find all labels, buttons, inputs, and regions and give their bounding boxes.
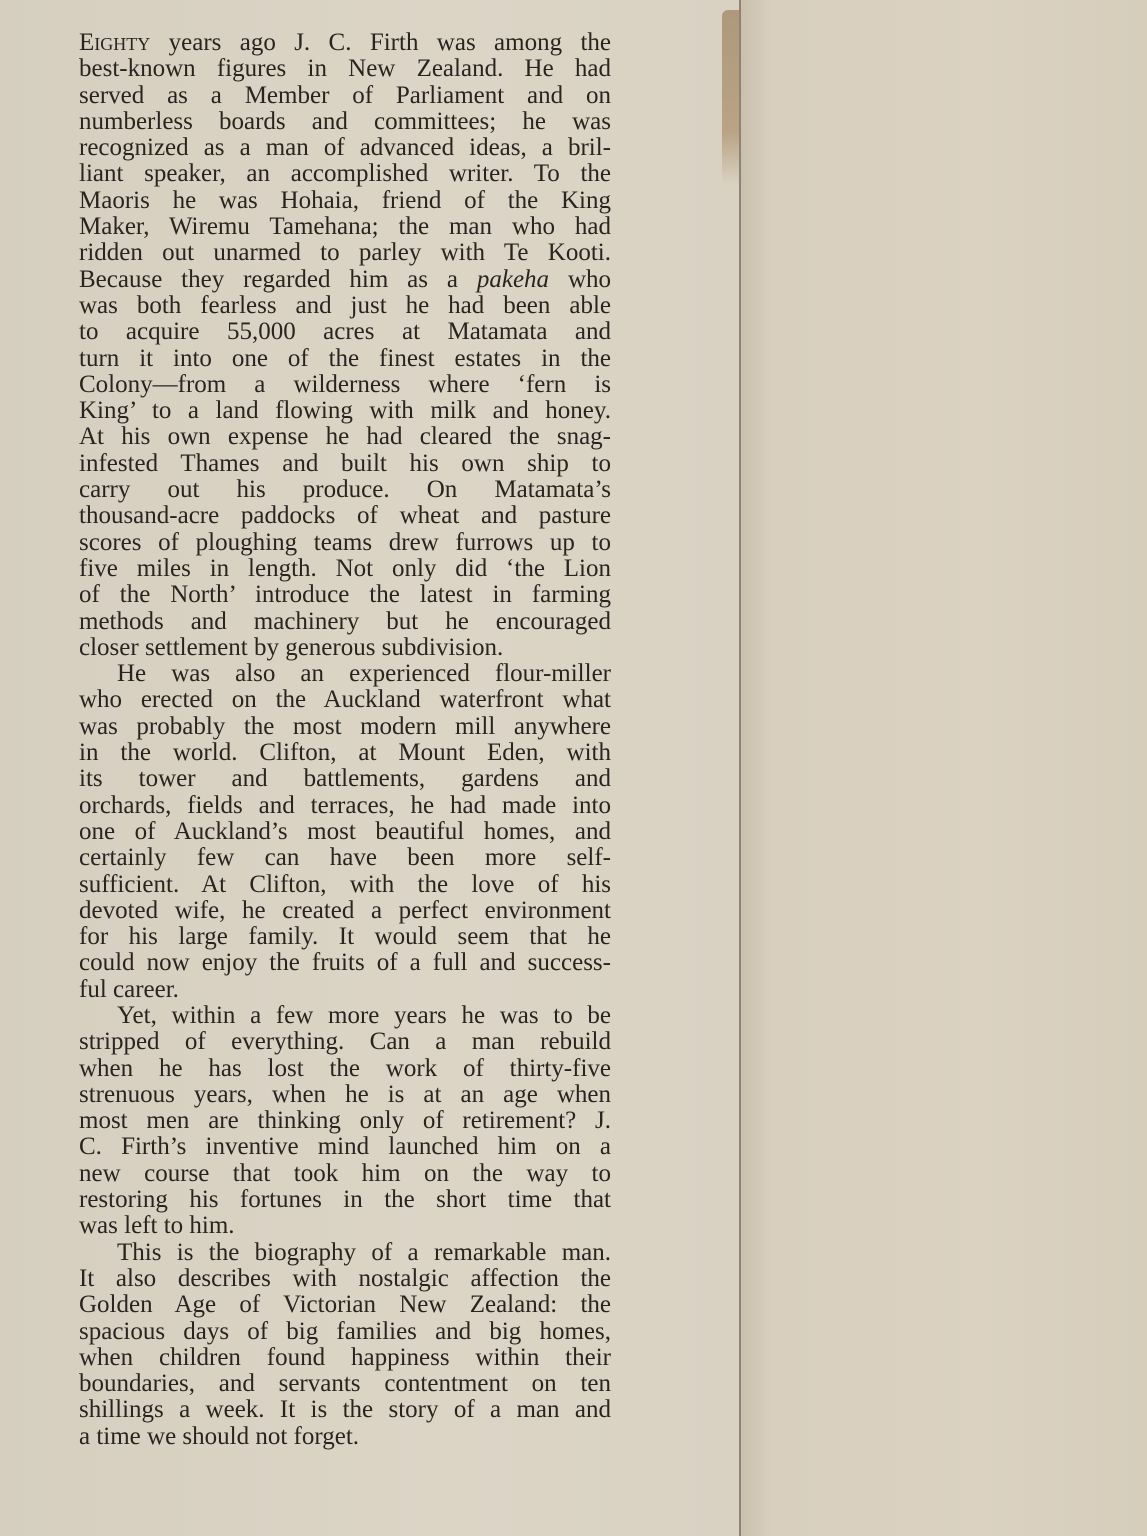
text-line: five miles in length. Not only did ‘the … <box>79 556 611 582</box>
paragraph-4: This is the biography of a remarkable ma… <box>79 1240 611 1450</box>
text-line: scores of ploughing teams drew furrows u… <box>79 530 611 556</box>
text-line: devoted wife, he created a perfect envir… <box>79 898 611 924</box>
text-line: C. Firth’s inventive mind launched him o… <box>79 1134 611 1160</box>
text-line: was probably the most modern mill anywhe… <box>79 714 611 740</box>
text-line: turn it into one of the finest estates i… <box>79 346 611 372</box>
text-line: new course that took him on the way to <box>79 1161 611 1187</box>
text-line: At his own expense he had cleared the sn… <box>79 424 611 450</box>
text-line: It also describes with nostalgic affecti… <box>79 1266 611 1292</box>
italic-word: pakeha <box>477 266 549 293</box>
text-line: orchards, fields and terraces, he had ma… <box>79 793 611 819</box>
text-line: Golden Age of Victorian New Zealand: the <box>79 1292 611 1318</box>
text-line: most men are thinking only of retirement… <box>79 1108 611 1134</box>
text-line: methods and machinery but he encouraged <box>79 609 611 635</box>
text-line: This is the biography of a remarkable ma… <box>79 1240 611 1266</box>
text-line: when he has lost the work of thirty-five <box>79 1056 611 1082</box>
text-line: best-known figures in New Zealand. He ha… <box>79 56 611 82</box>
text-line: was left to him. <box>79 1213 611 1239</box>
text-line: to acquire 55,000 acres at Matamata and <box>79 319 611 345</box>
text-line: shillings a week. It is the story of a m… <box>79 1397 611 1423</box>
paragraph-1: Eighty years ago J. C. Firth was among t… <box>79 30 611 661</box>
text-line: recognized as a man of advanced ideas, a… <box>79 135 611 161</box>
text-line: King’ to a land flowing with milk and ho… <box>79 398 611 424</box>
text-line: could now enjoy the fruits of a full and… <box>79 950 611 976</box>
text-line: carry out his produce. On Matamata’s <box>79 477 611 503</box>
text-line: a time we should not forget. <box>79 1424 611 1450</box>
text-line: Maoris he was Hohaia, friend of the King <box>79 188 611 214</box>
text-line: who erected on the Auckland waterfront w… <box>79 687 611 713</box>
paragraph-3: Yet, within a few more years he was to b… <box>79 1003 611 1240</box>
blurb-text: Eighty years ago J. C. Firth was among t… <box>79 30 611 1450</box>
text-line: Yet, within a few more years he was to b… <box>79 1003 611 1029</box>
page-edge-stain <box>722 10 740 185</box>
text-line: thousand-acre paddocks of wheat and past… <box>79 503 611 529</box>
text-line: when children found happiness within the… <box>79 1345 611 1371</box>
text-line: for his large family. It would seem that… <box>79 924 611 950</box>
text-line: of the North’ introduce the latest in fa… <box>79 582 611 608</box>
lead-smallcaps: Eighty <box>79 29 150 56</box>
paragraph-2: He was also an experienced flour-millerw… <box>79 661 611 1003</box>
text-line: Eighty years ago J. C. Firth was among t… <box>79 30 611 56</box>
text-line: restoring his fortunes in the short time… <box>79 1187 611 1213</box>
text-line: infested Thames and built his own ship t… <box>79 451 611 477</box>
page-edge-fold <box>739 0 741 1536</box>
text-line: strenuous years, when he is at an age wh… <box>79 1082 611 1108</box>
text-line: was both fearless and just he had been a… <box>79 293 611 319</box>
text-line: served as a Member of Parliament and on <box>79 83 611 109</box>
text-line: numberless boards and committees; he was <box>79 109 611 135</box>
book-cover-background <box>740 0 1147 1536</box>
text-line: Maker, Wiremu Tamehana; the man who had <box>79 214 611 240</box>
text-line: ridden out unarmed to parley with Te Koo… <box>79 240 611 266</box>
text-line: stripped of everything. Can a man rebuil… <box>79 1029 611 1055</box>
text-line: closer settlement by generous subdivisio… <box>79 635 611 661</box>
text-line: in the world. Clifton, at Mount Eden, wi… <box>79 740 611 766</box>
text-line: boundaries, and servants contentment on … <box>79 1371 611 1397</box>
text-line: Because they regarded him as a pakeha wh… <box>79 267 611 293</box>
text-line: sufficient. At Clifton, with the love of… <box>79 872 611 898</box>
text-line: Colony—from a wilderness where ‘fern is <box>79 372 611 398</box>
text-line: ful career. <box>79 977 611 1003</box>
text-line: its tower and battlements, gardens and <box>79 766 611 792</box>
text-line: certainly few can have been more self- <box>79 845 611 871</box>
text-line: one of Auckland’s most beautiful homes, … <box>79 819 611 845</box>
text-line: liant speaker, an accomplished writer. T… <box>79 161 611 187</box>
text-line: spacious days of big families and big ho… <box>79 1319 611 1345</box>
text-line: He was also an experienced flour-miller <box>79 661 611 687</box>
